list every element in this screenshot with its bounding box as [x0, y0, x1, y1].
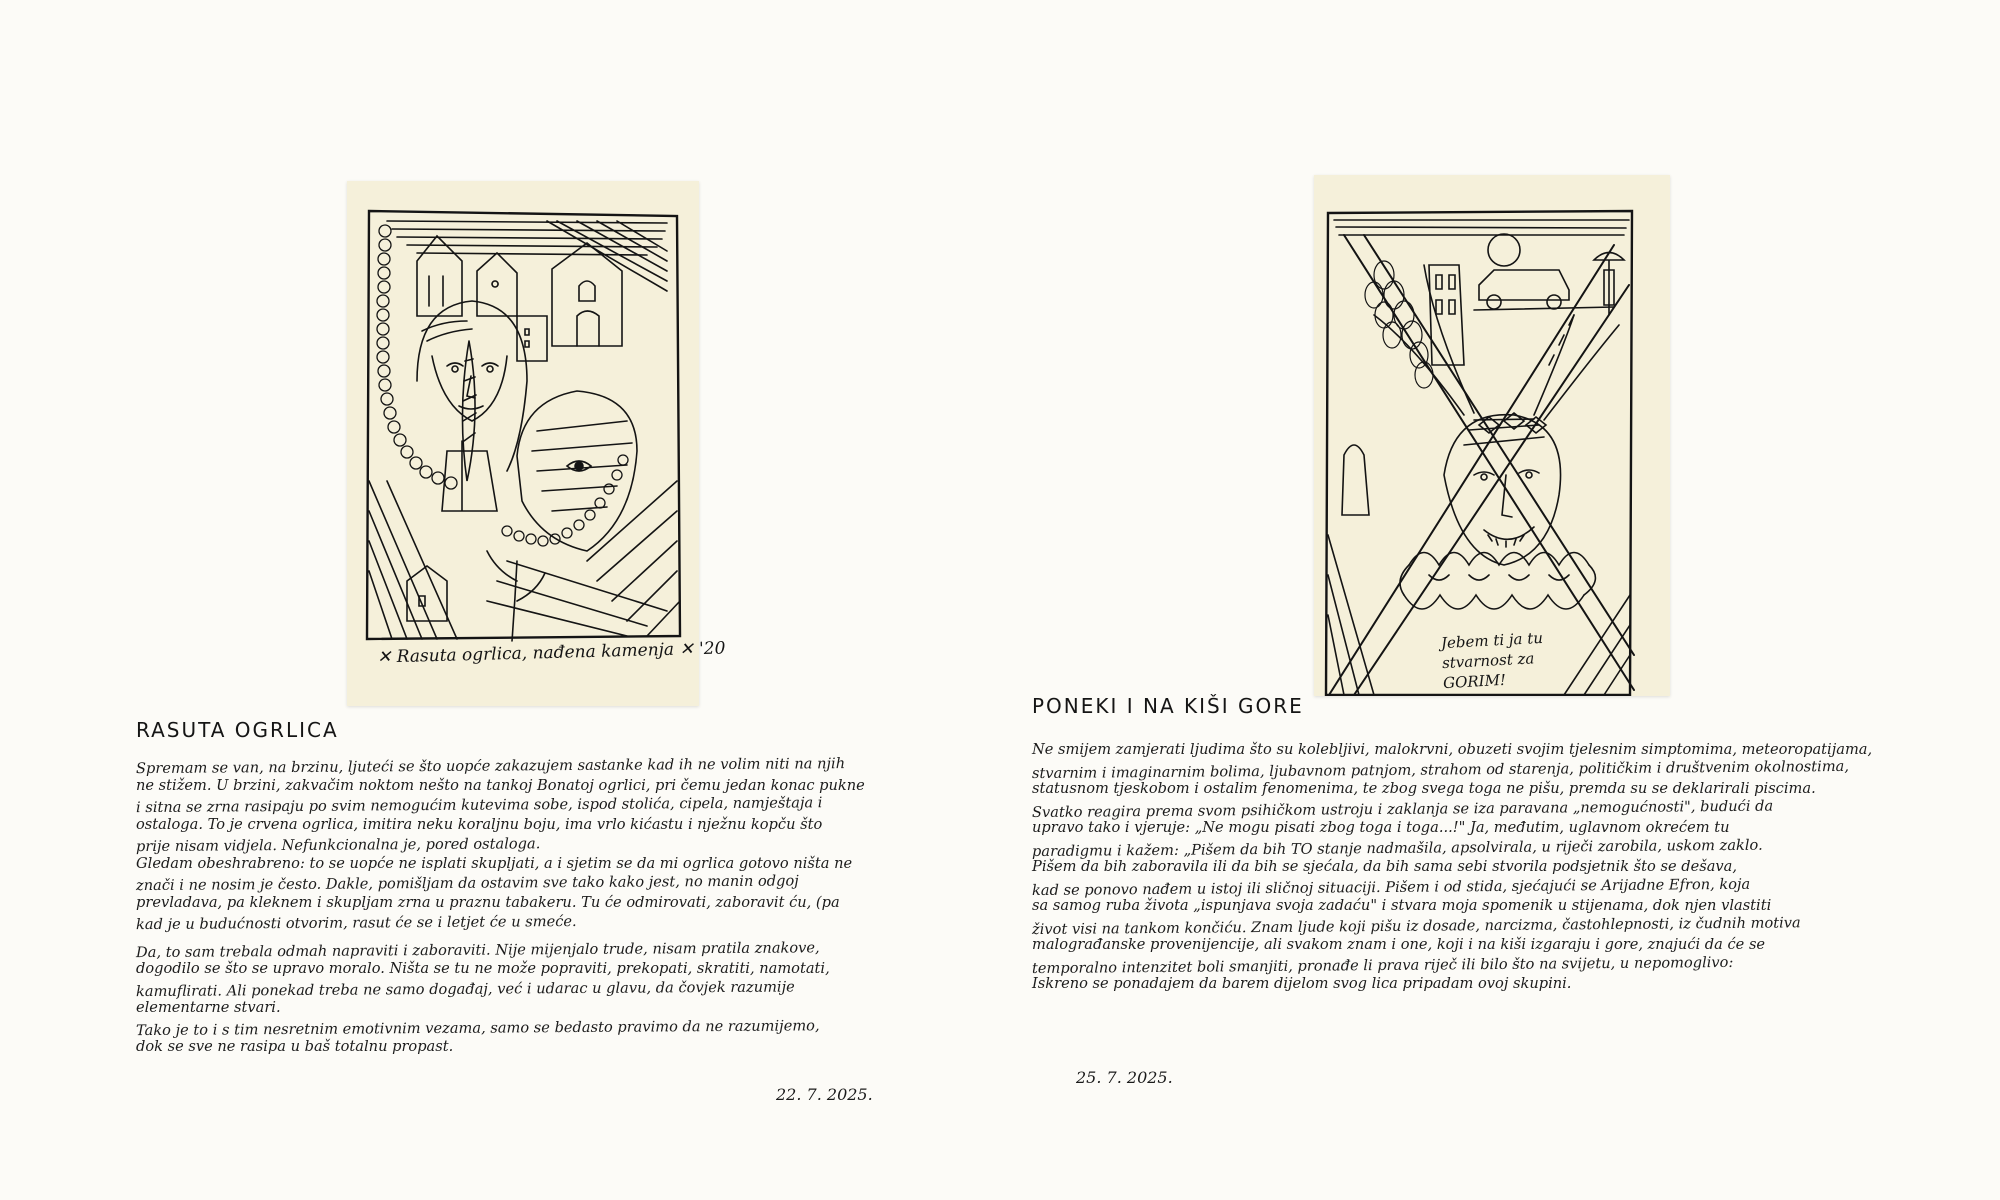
date-left: 22. 7. 2025.	[776, 1085, 873, 1104]
date-right: 25. 7. 2025.	[1076, 1068, 1173, 1087]
text-block-poneki-gore: PONEKI I NA KIŠI GORE Ne smijem zamjerat…	[1032, 694, 1962, 994]
paragraph-left-2: Da, to sam trebala odmah napraviti i zab…	[136, 940, 1016, 1057]
text-line: dogodilo se što se upravo moralo. Ništa …	[136, 959, 1016, 979]
paragraph-right: Ne smijem zamjerati ljudima što su koleb…	[1032, 740, 1962, 994]
text-block-rasuta-ogrlica: RASUTA OGRLICA Spremam se van, na brzinu…	[136, 718, 1016, 1057]
drawing-caption-right: Jebem ti ja tu stvarnost za GORIM!	[1441, 627, 1564, 693]
drawing-card-rasuta-ogrlica: ✕ Rasuta ogrlica, nađena kamenja ✕ '20	[347, 181, 699, 706]
text-title-right: PONEKI I NA KIŠI GORE	[1032, 694, 1962, 718]
text-line: elementarne stvari.	[136, 998, 1016, 1018]
text-line: dok se sve ne rasipa u baš totalnu propa…	[136, 1037, 1016, 1057]
paragraph-left-1: Spremam se van, na brzinu, ljuteći se št…	[136, 756, 1016, 932]
text-line: kad je u budućnosti otvorim, rasut će se…	[136, 909, 1016, 935]
ink-drawing-clown	[1314, 175, 1670, 696]
ink-drawing-woman-necklace	[347, 181, 699, 706]
text-title-left: RASUTA OGRLICA	[136, 718, 1016, 742]
drawing-card-poneki-gore: Jebem ti ja tu stvarnost za GORIM!	[1314, 175, 1670, 696]
